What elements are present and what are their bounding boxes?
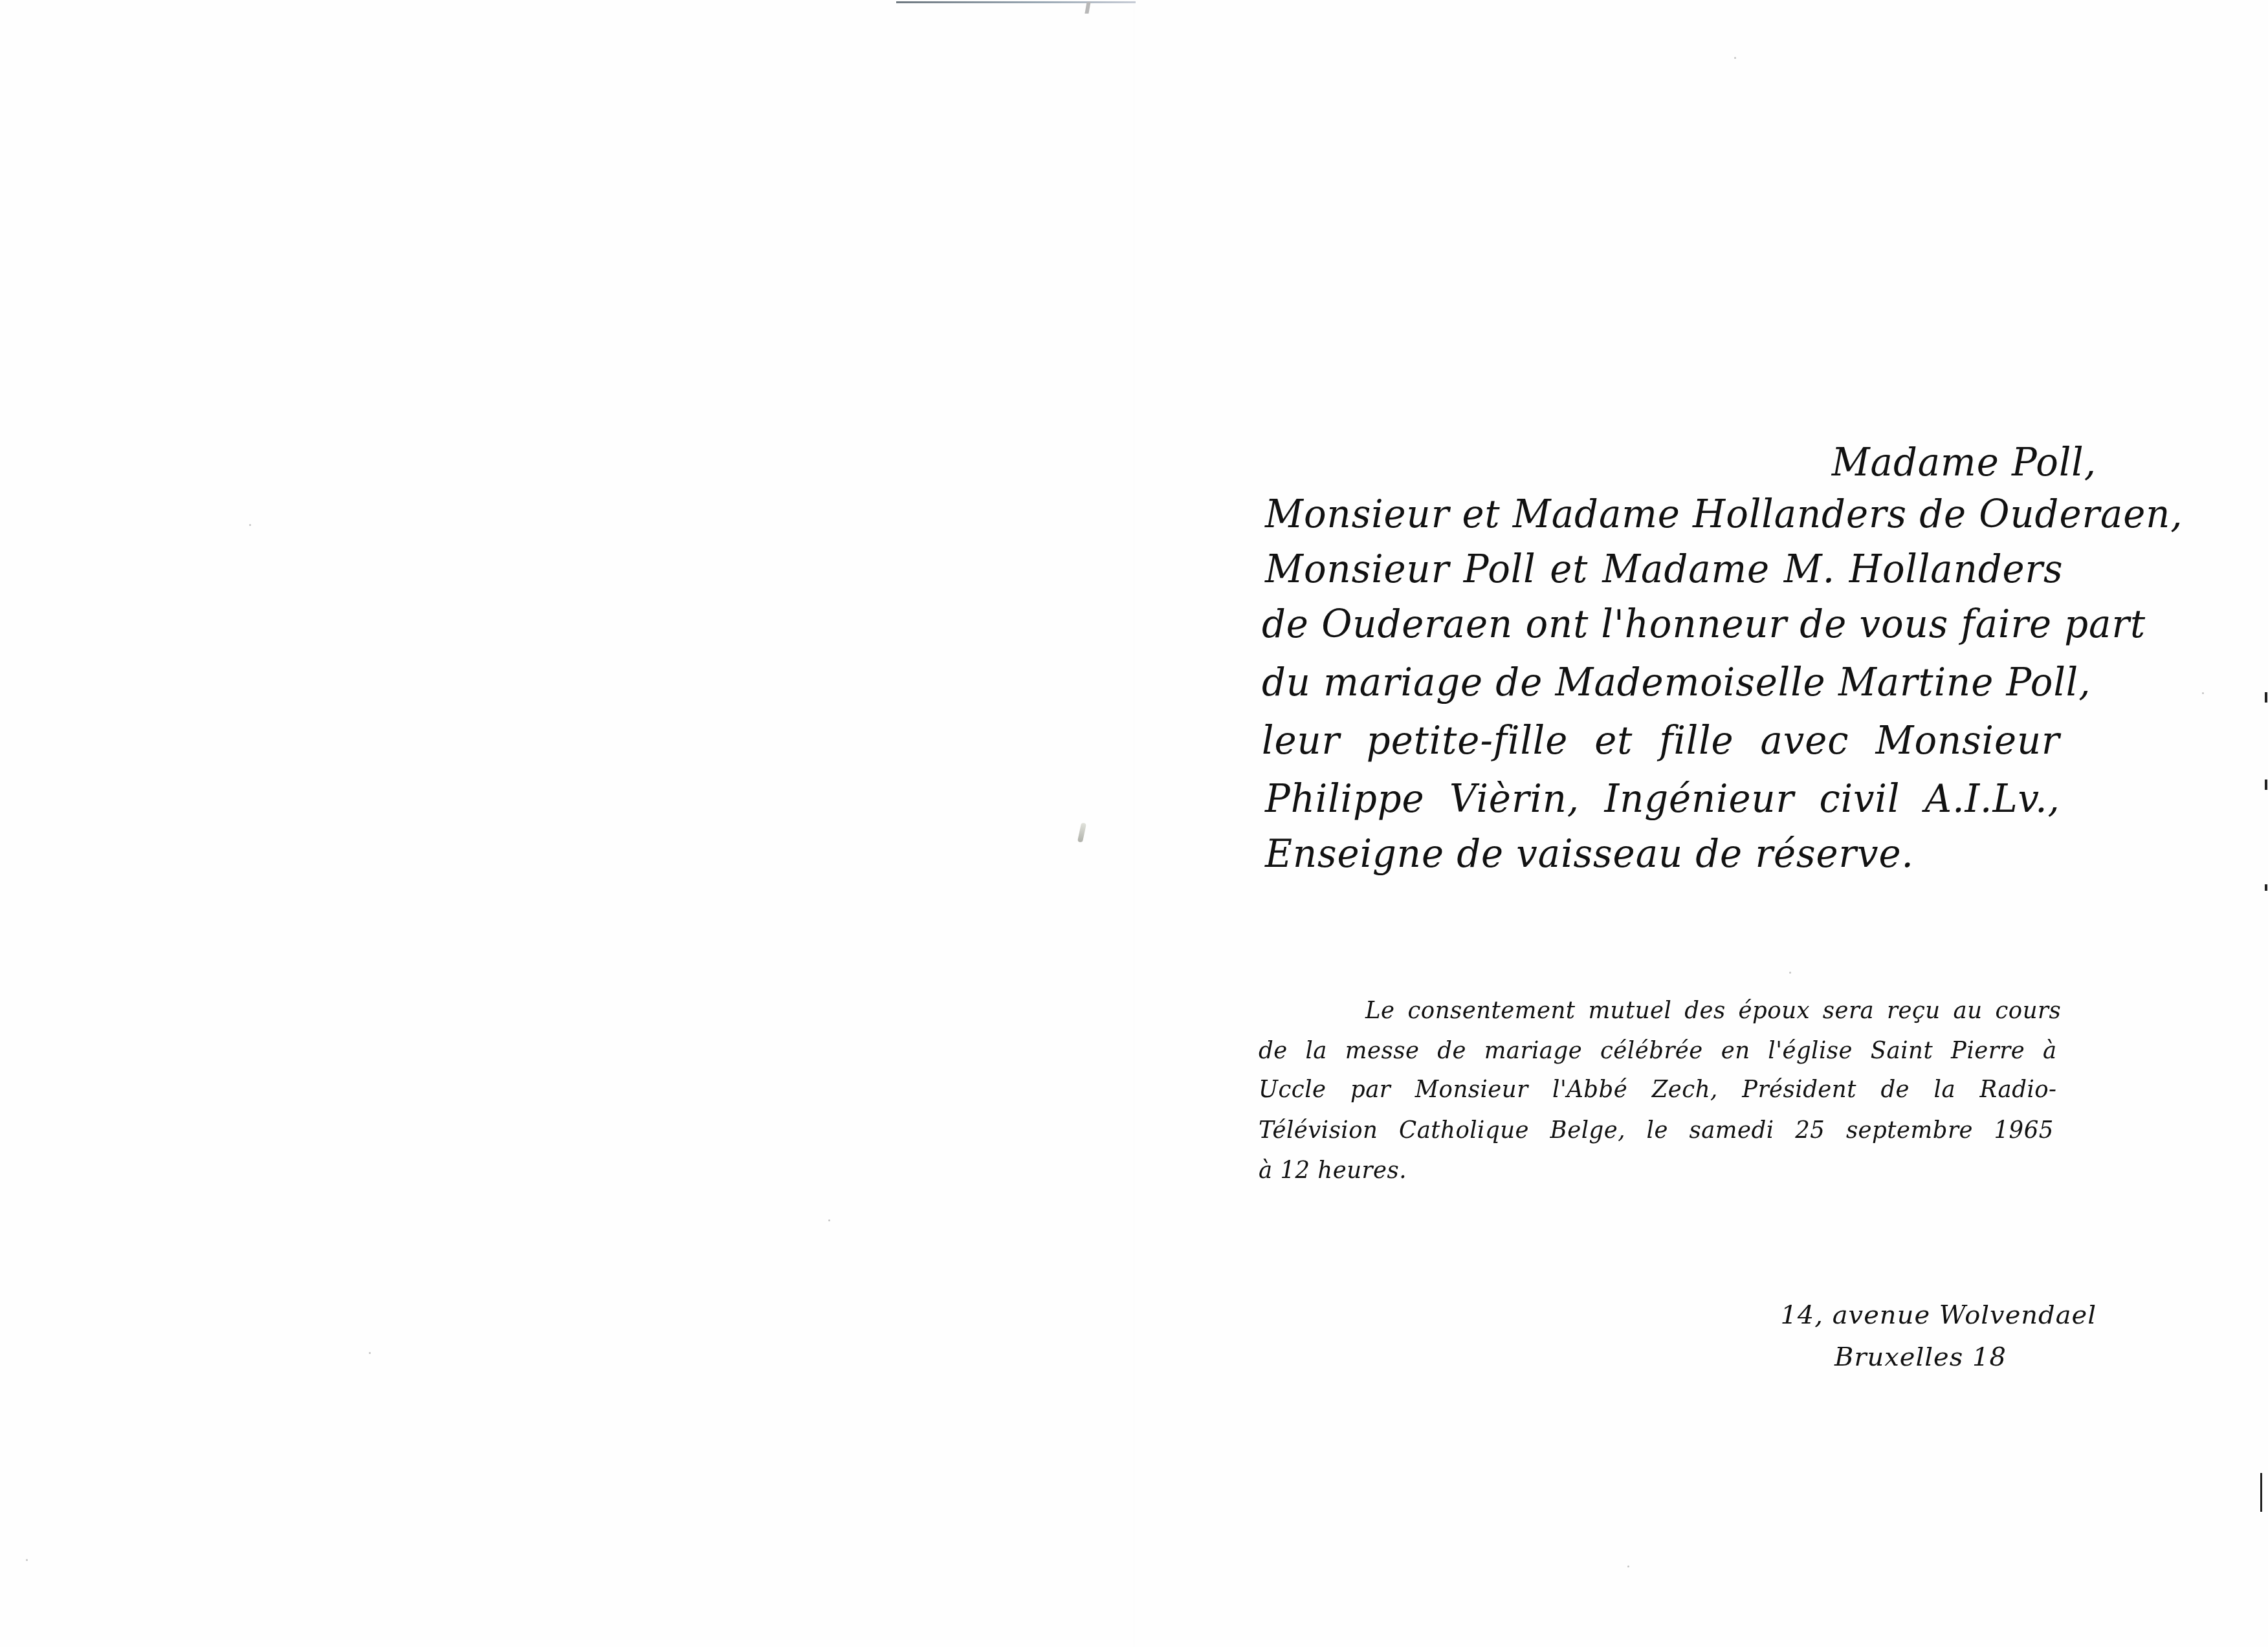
announcement-line: Monsieur Poll et Madame M. Hollanders bbox=[1265, 547, 2064, 592]
paper-speck bbox=[1627, 1565, 1629, 1567]
announcement-line: Enseigne de vaisseau de réserve. bbox=[1265, 831, 1914, 877]
paper-speck bbox=[369, 1352, 371, 1354]
ceremony-line: de la messe de mariage célébrée en l'égl… bbox=[1259, 1036, 2057, 1064]
announcement-line: Philippe Vièrin, Ingénieur civil A.I.Lv.… bbox=[1265, 776, 2060, 822]
scan-edge-mark bbox=[2260, 1473, 2262, 1512]
paper-smudge bbox=[1077, 822, 1086, 842]
address-city: Bruxelles 18 bbox=[1834, 1342, 2007, 1372]
announcement-line: Monsieur et Madame Hollanders de Ouderae… bbox=[1265, 492, 2064, 537]
scan-edge-mark bbox=[2265, 884, 2267, 891]
scan-edge-artifact bbox=[1084, 2, 1090, 14]
scanned-sheet: Madame Poll, Monsieur et Madame Hollande… bbox=[0, 0, 2268, 1647]
scan-edge-mark bbox=[2265, 780, 2267, 790]
page-fold bbox=[1134, 0, 1134, 1647]
ceremony-line: Télévision Catholique Belge, le samedi 2… bbox=[1259, 1116, 2054, 1144]
announcement-line: Madame Poll, bbox=[1295, 440, 2097, 485]
ceremony-line: à 12 heures. bbox=[1259, 1156, 1407, 1184]
paper-speck bbox=[249, 524, 251, 526]
announcement-line: leur petite-fille et fille avec Monsieur bbox=[1262, 718, 2060, 763]
announcement-line: du mariage de Mademoiselle Martine Poll, bbox=[1262, 660, 2060, 705]
paper-speck bbox=[1789, 972, 1791, 974]
paper-speck bbox=[26, 1559, 28, 1561]
paper-speck bbox=[828, 1219, 830, 1221]
ceremony-line: Uccle par Monsieur l'Abbé Zech, Présiden… bbox=[1259, 1075, 2057, 1103]
address-street: 14, avenue Wolvendael bbox=[1747, 1300, 2097, 1330]
scan-edge-mark bbox=[2265, 692, 2267, 703]
ceremony-line: Le consentement mutuel des époux sera re… bbox=[1365, 996, 2061, 1024]
scan-edge-artifact bbox=[896, 1, 1136, 3]
announcement-line: de Ouderaen ont l'honneur de vous faire … bbox=[1262, 602, 2063, 647]
paper-speck bbox=[2202, 692, 2204, 694]
paper-speck bbox=[1734, 57, 1736, 59]
